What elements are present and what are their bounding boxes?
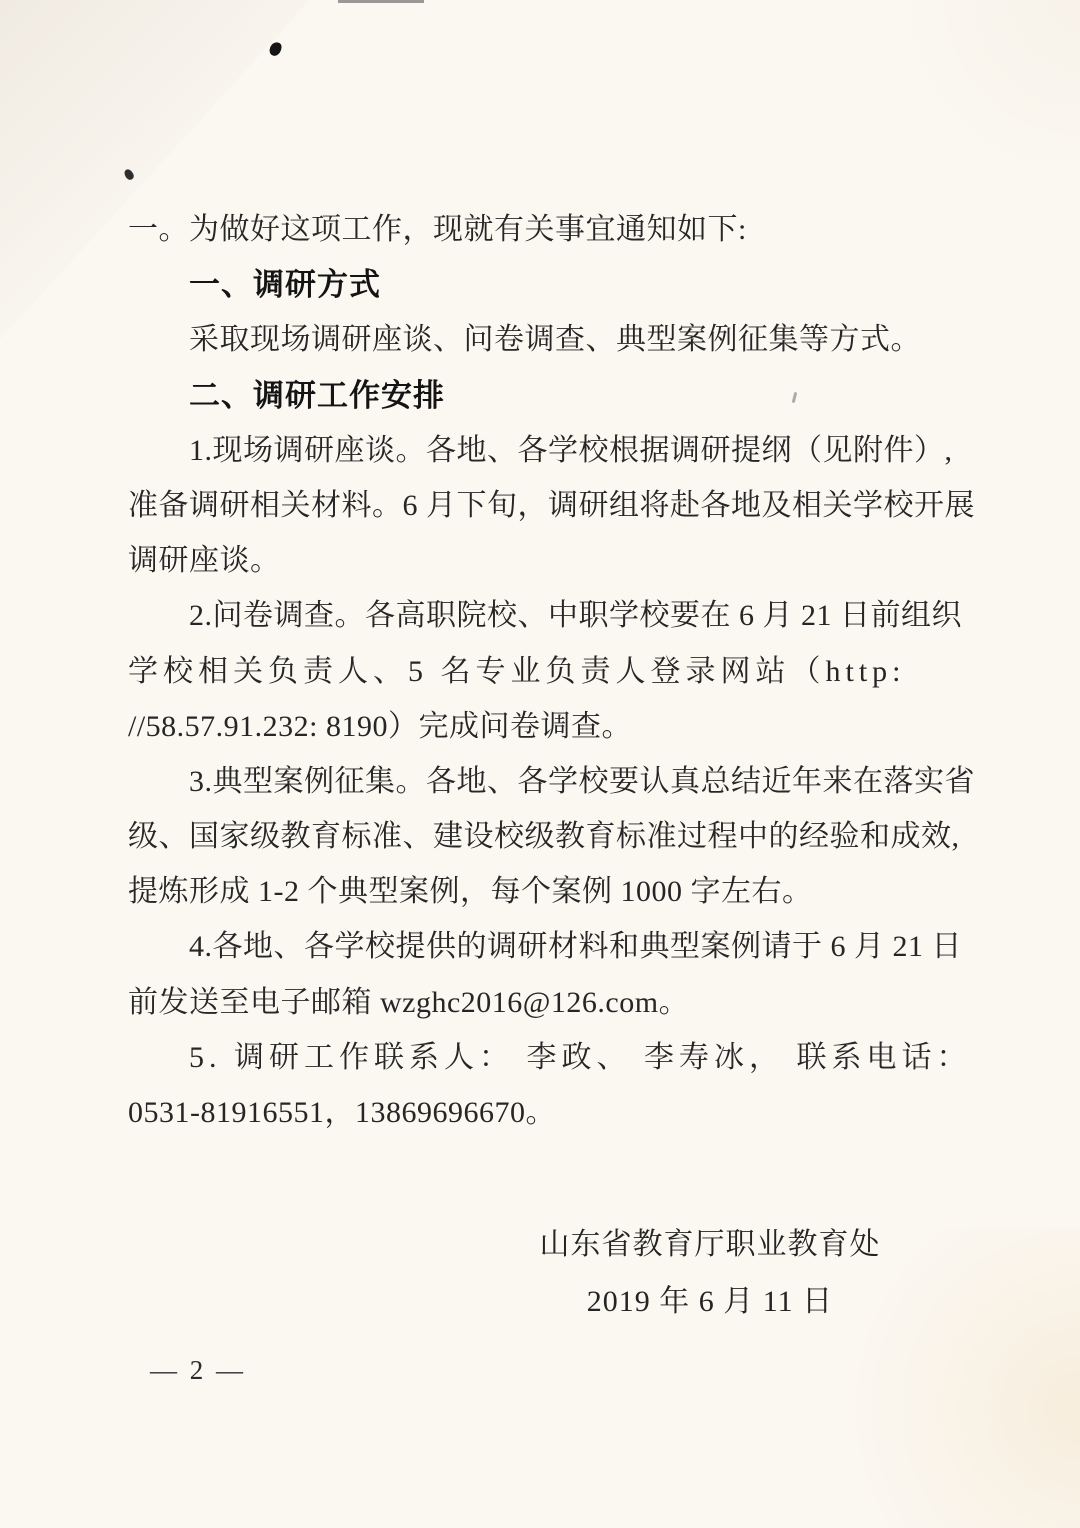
- text-line: 4.各地、各学校提供的调研材料和典型案例请于 6 月 21 日: [128, 919, 958, 974]
- text-line: 提炼形成 1-2 个典型案例，每个案例 1000 字左右。: [128, 864, 958, 919]
- signature-block: 山东省教育厅职业教育处 2019 年 6 月 11 日: [500, 1216, 920, 1330]
- text-line: 5. 调研工作联系人： 李政、 李寿冰， 联系电话：: [128, 1030, 958, 1085]
- signature-date: 2019 年 6 月 11 日: [500, 1273, 920, 1330]
- document-page: 一。为做好这项工作，现就有关事宜通知如下:一、调研方式采取现场调研座谈、问卷调查…: [0, 0, 1080, 1528]
- text-line: 学校相关负责人、5 名专业负责人登录网站（http:: [128, 644, 958, 699]
- text-line: 调研座谈。: [128, 533, 958, 588]
- text-line: 采取现场调研座谈、问卷调查、典型案例征集等方式。: [128, 312, 958, 367]
- ink-speck: [268, 40, 283, 57]
- text-line: 级、国家级教育标准、建设校级教育标准过程中的经验和成效,: [128, 809, 958, 864]
- text-line: 准备调研相关材料。6 月下旬，调研组将赴各地及相关学校开展: [128, 478, 958, 533]
- text-line: 一。为做好这项工作，现就有关事宜通知如下:: [128, 202, 958, 257]
- ink-speck: [123, 168, 135, 181]
- text-line: 2.问卷调查。各高职院校、中职学校要在 6 月 21 日前组织: [128, 588, 958, 643]
- scan-tint: [860, 0, 1080, 160]
- text-line: 0531-81916551，13869696670。: [128, 1085, 958, 1140]
- document-body: 一。为做好这项工作，现就有关事宜通知如下:一、调研方式采取现场调研座谈、问卷调查…: [128, 202, 958, 1140]
- text-line: 3.典型案例征集。各地、各学校要认真总结近年来在落实省: [128, 754, 958, 809]
- text-line: 前发送至电子邮箱 wzghc2016@126.com。: [128, 975, 958, 1030]
- text-line: //58.57.91.232: 8190）完成问卷调查。: [128, 699, 958, 754]
- scan-edge-artifact: [338, 0, 424, 3]
- signature-organization: 山东省教育厅职业教育处: [500, 1216, 920, 1273]
- text-line: 1.现场调研座谈。各地、各学校根据调研提纲（见附件）,: [128, 423, 958, 478]
- text-line: 二、调研工作安排: [128, 368, 958, 423]
- page-number: — 2 —: [150, 1355, 246, 1386]
- text-line: 一、调研方式: [128, 257, 958, 312]
